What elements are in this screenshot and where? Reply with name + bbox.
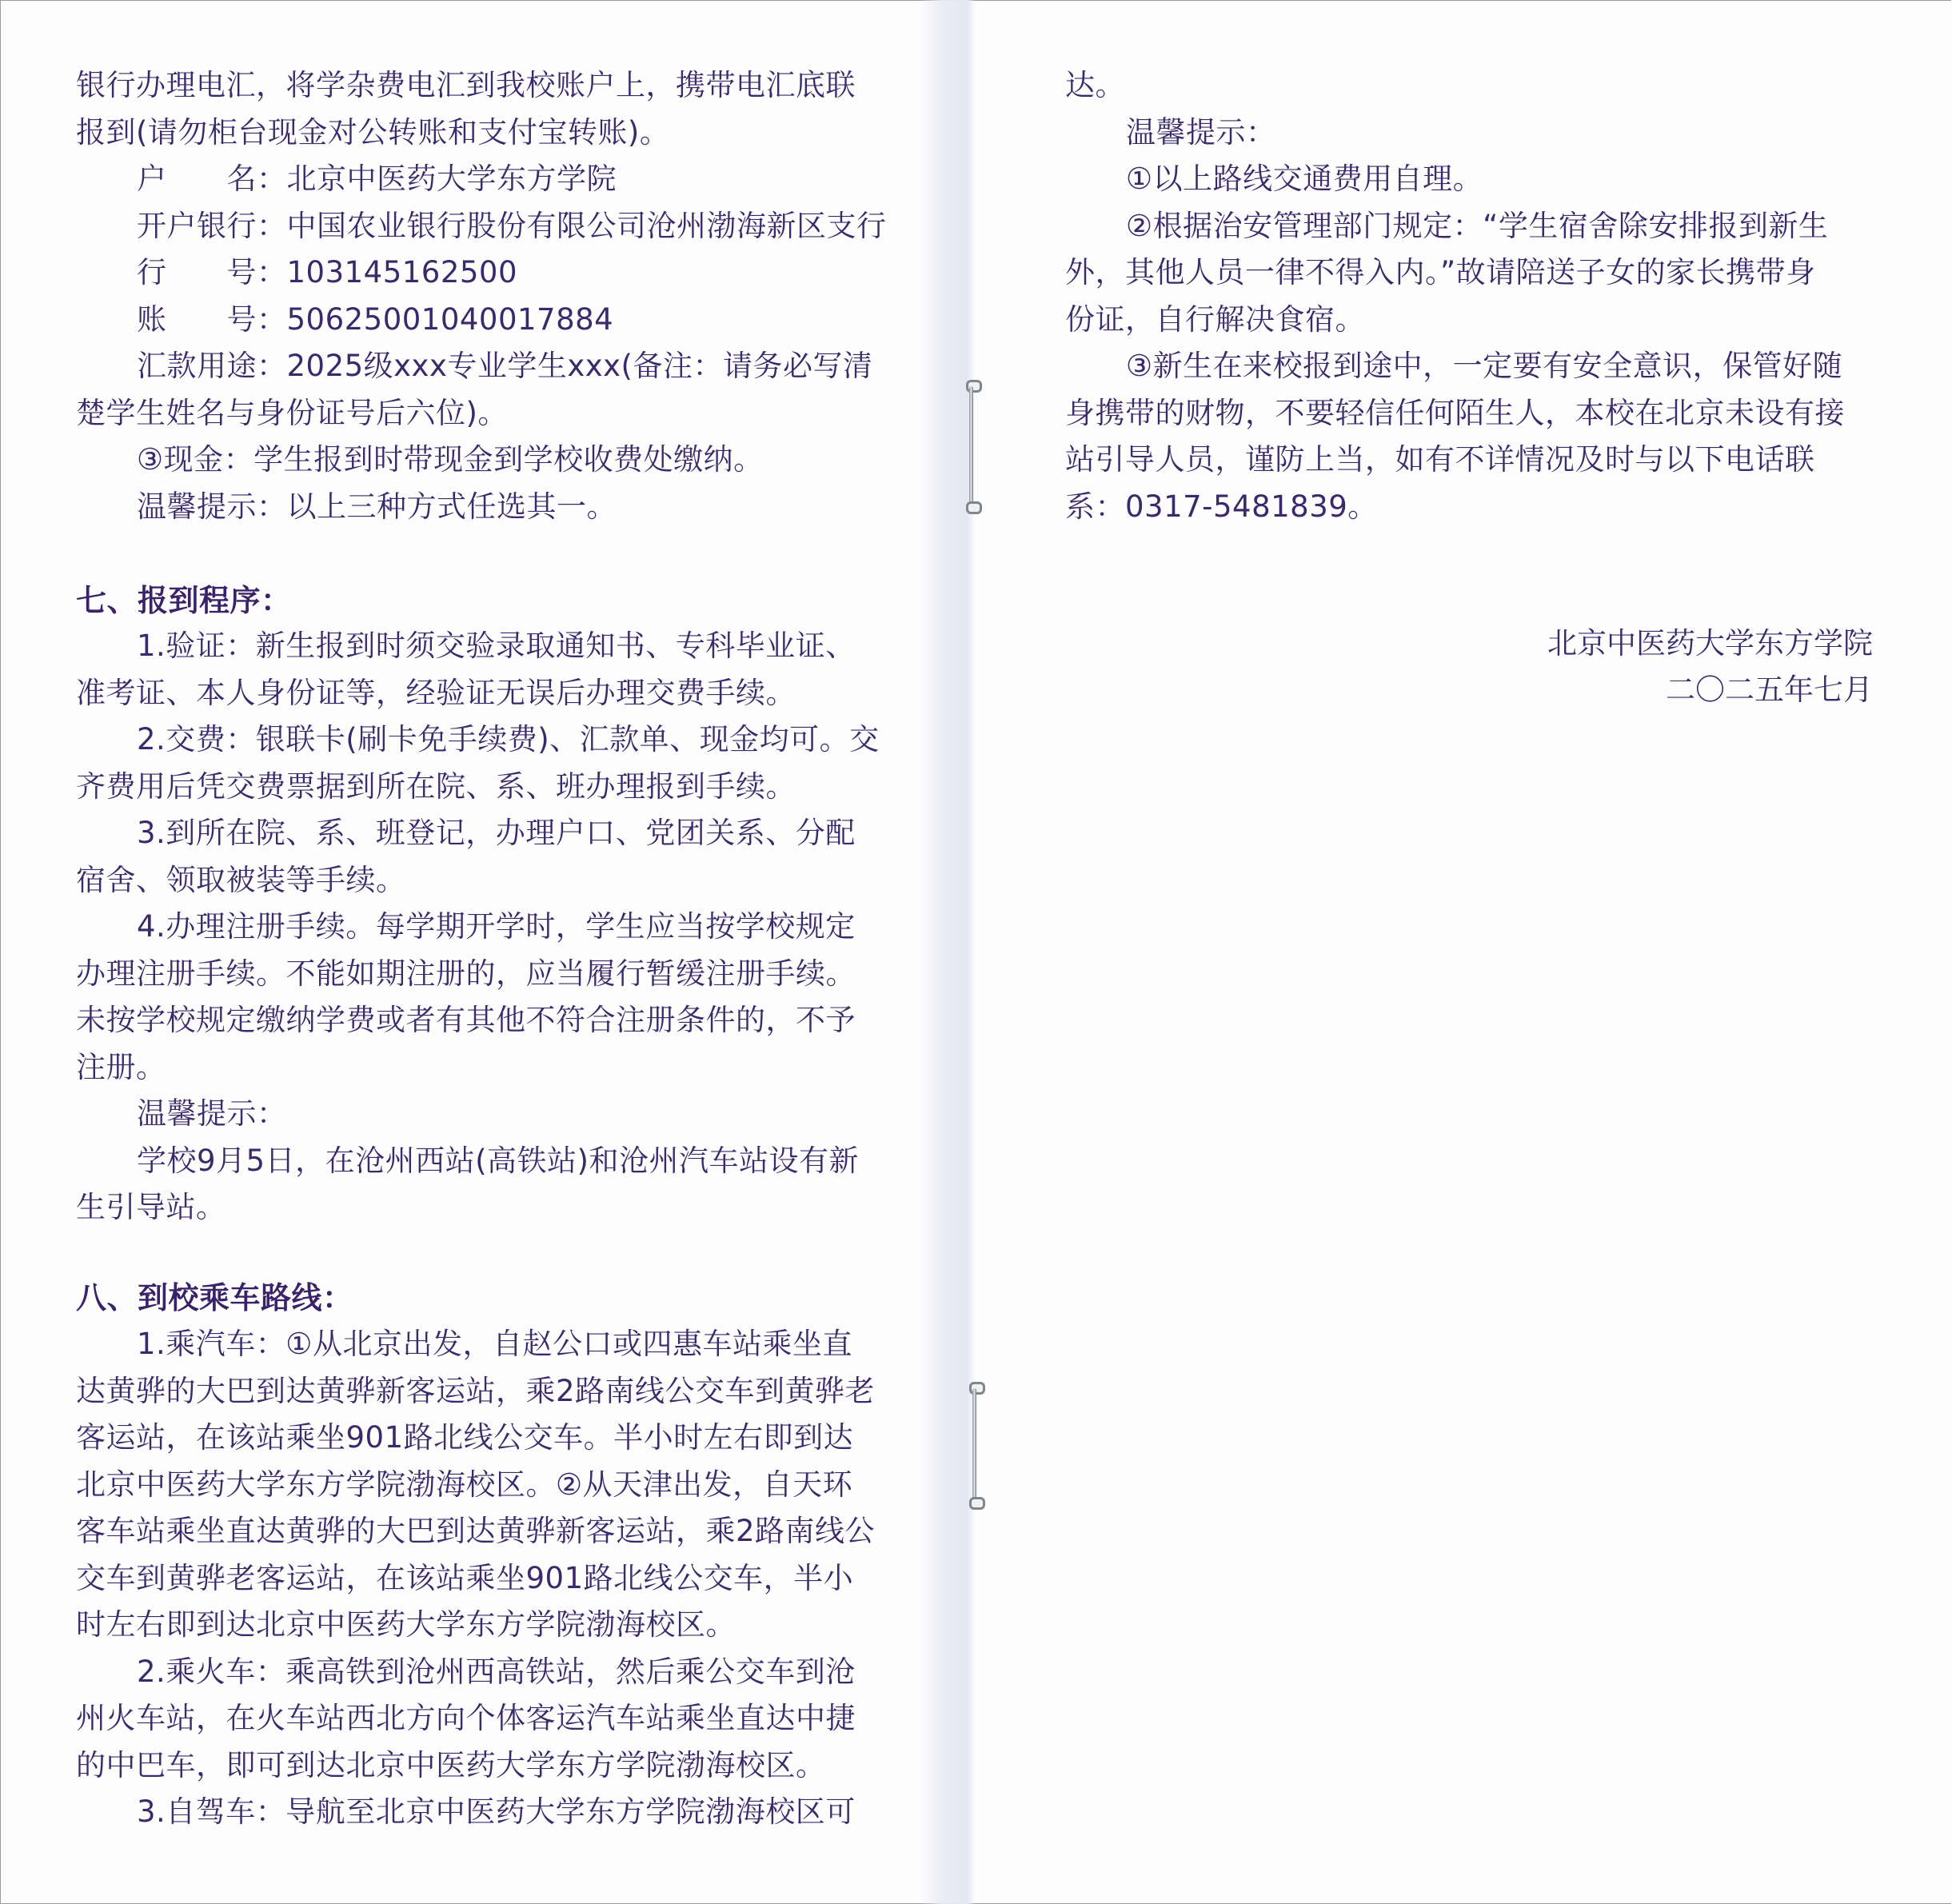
account-number: 账 号：50625001040017884 — [76, 297, 613, 343]
signature-institution: 北京中医药大学东方学院 — [1547, 621, 1873, 667]
bank-code: 行 号：103145162500 — [76, 249, 517, 296]
payment-text-line: 银行办理电汇，将学杂费电汇到我校账户上，携带电汇底联 — [76, 62, 856, 109]
section-8-line: 达黄骅的大巴到达黄骅新客运站，乘2路南线公交车到黄骅老 — [76, 1368, 875, 1415]
staple-bottom — [969, 1382, 980, 1510]
tip-2-cont: 份证，自行解决食宿。 — [1065, 297, 1365, 343]
right-text-line: 达。 — [1065, 62, 1125, 109]
section-7-line: 齐费用后凭交费票据到所在院、系、班办理报到手续。 — [76, 764, 796, 810]
bank-name: 开户银行：中国农业银行股份有限公司沧州渤海新区支行 — [76, 203, 887, 249]
section-8-heading: 八、到校乘车路线： — [76, 1275, 353, 1321]
staple-top — [966, 380, 977, 514]
section-7-heading: 七、报到程序： — [76, 577, 292, 624]
tip-3-cont: 站引导人员，谨防上当，如有不详情况及时与以下电话联 — [1065, 437, 1815, 483]
section-8-line: 3.自驾车：导航至北京中医药大学东方学院渤海校区可 — [76, 1789, 856, 1835]
payment-text-line: 报到(请勿柜台现金对公转账和支付宝转账)。 — [76, 110, 669, 156]
section-7-line: 1.验证：新生报到时须交验录取通知书、专科毕业证、 — [76, 623, 856, 669]
section-8-line: 1.乘汽车：①从北京出发，自赵公口或四惠车站乘坐直 — [76, 1321, 852, 1367]
section-7-line: 3.到所在院、系、班登记，办理户口、党团关系、分配 — [76, 810, 856, 856]
remittance-purpose: 汇款用途：2025级xxx专业学生xxx(备注：请务必写清 — [76, 343, 872, 389]
section-7-line: 准考证、本人身份证等，经验证无误后办理交费手续。 — [76, 670, 796, 716]
section-7-line: 注册。 — [76, 1044, 166, 1091]
section-8-line: 北京中医药大学东方学院渤海校区。②从天津出发，自天环 — [76, 1462, 852, 1508]
section-8-line: 交车到黄骅老客运站，在该站乘坐901路北线公交车，半小 — [76, 1555, 853, 1602]
tip-3: ③新生在来校报到途中，一定要有安全意识，保管好随 — [1065, 343, 1842, 389]
remittance-purpose-cont: 楚学生姓名与身份证号后六位)。 — [76, 390, 508, 437]
tip-1: ①以上路线交通费用自理。 — [1065, 156, 1483, 202]
signature-date: 二〇二五年七月 — [1666, 667, 1873, 713]
section-8-line: 的中巴车，即可到达北京中医药大学东方学院渤海校区。 — [76, 1742, 826, 1789]
section-7-line: 未按学校规定缴纳学费或者有其他不符合注册条件的，不予 — [76, 997, 856, 1044]
section-7-line: 办理注册手续。不能如期注册的，应当履行暂缓注册手续。 — [76, 951, 856, 997]
account-name: 户 名：北京中医药大学东方学院 — [76, 156, 617, 202]
section-8-line: 2.乘火车：乘高铁到沧州西高铁站，然后乘公交车到沧 — [76, 1649, 856, 1695]
section-7-line: 学校9月5日，在沧州西站(高铁站)和沧州汽车站设有新 — [76, 1138, 859, 1184]
cash-payment: ③现金：学生报到时带现金到学校收费处缴纳。 — [76, 437, 764, 483]
tip-3-cont: 身携带的财物，不要轻信任何陌生人，本校在北京未设有接 — [1065, 390, 1845, 437]
contact-phone: 系：0317-5481839。 — [1065, 484, 1378, 530]
section-7-line: 4.办理注册手续。每学期开学时，学生应当按学校规定 — [76, 904, 856, 950]
section-8-line: 客运站，在该站乘坐901路北线公交车。半小时左右即到达 — [76, 1415, 853, 1461]
section-7-line: 2.交费：银联卡(刷卡免手续费)、汇款单、现金均可。交 — [76, 716, 880, 763]
section-8-line: 州火车站，在火车站西北方向个体客运汽车站乘坐直达中捷 — [76, 1695, 856, 1742]
tip-2: ②根据治安管理部门规定：“学生宿舍除安排报到新生 — [1065, 203, 1828, 249]
section-8-line: 时左右即到达北京中医药大学东方学院渤海校区。 — [76, 1602, 736, 1648]
payment-tip: 温馨提示：以上三种方式任选其一。 — [76, 484, 617, 530]
section-7-line: 生引导站。 — [76, 1184, 226, 1231]
section-7-tip-label: 温馨提示： — [76, 1091, 287, 1137]
section-8-line: 客车站乘坐直达黄骅的大巴到达黄骅新客运站，乘2路南线公 — [76, 1508, 875, 1555]
tip-2-cont: 外，其他人员一律不得入内。”故请陪送子女的家长携带身 — [1065, 249, 1816, 296]
tips-label: 温馨提示： — [1065, 110, 1276, 156]
section-7-line: 宿舍、领取被装等手续。 — [76, 857, 406, 904]
booklet-fold — [920, 0, 976, 1904]
